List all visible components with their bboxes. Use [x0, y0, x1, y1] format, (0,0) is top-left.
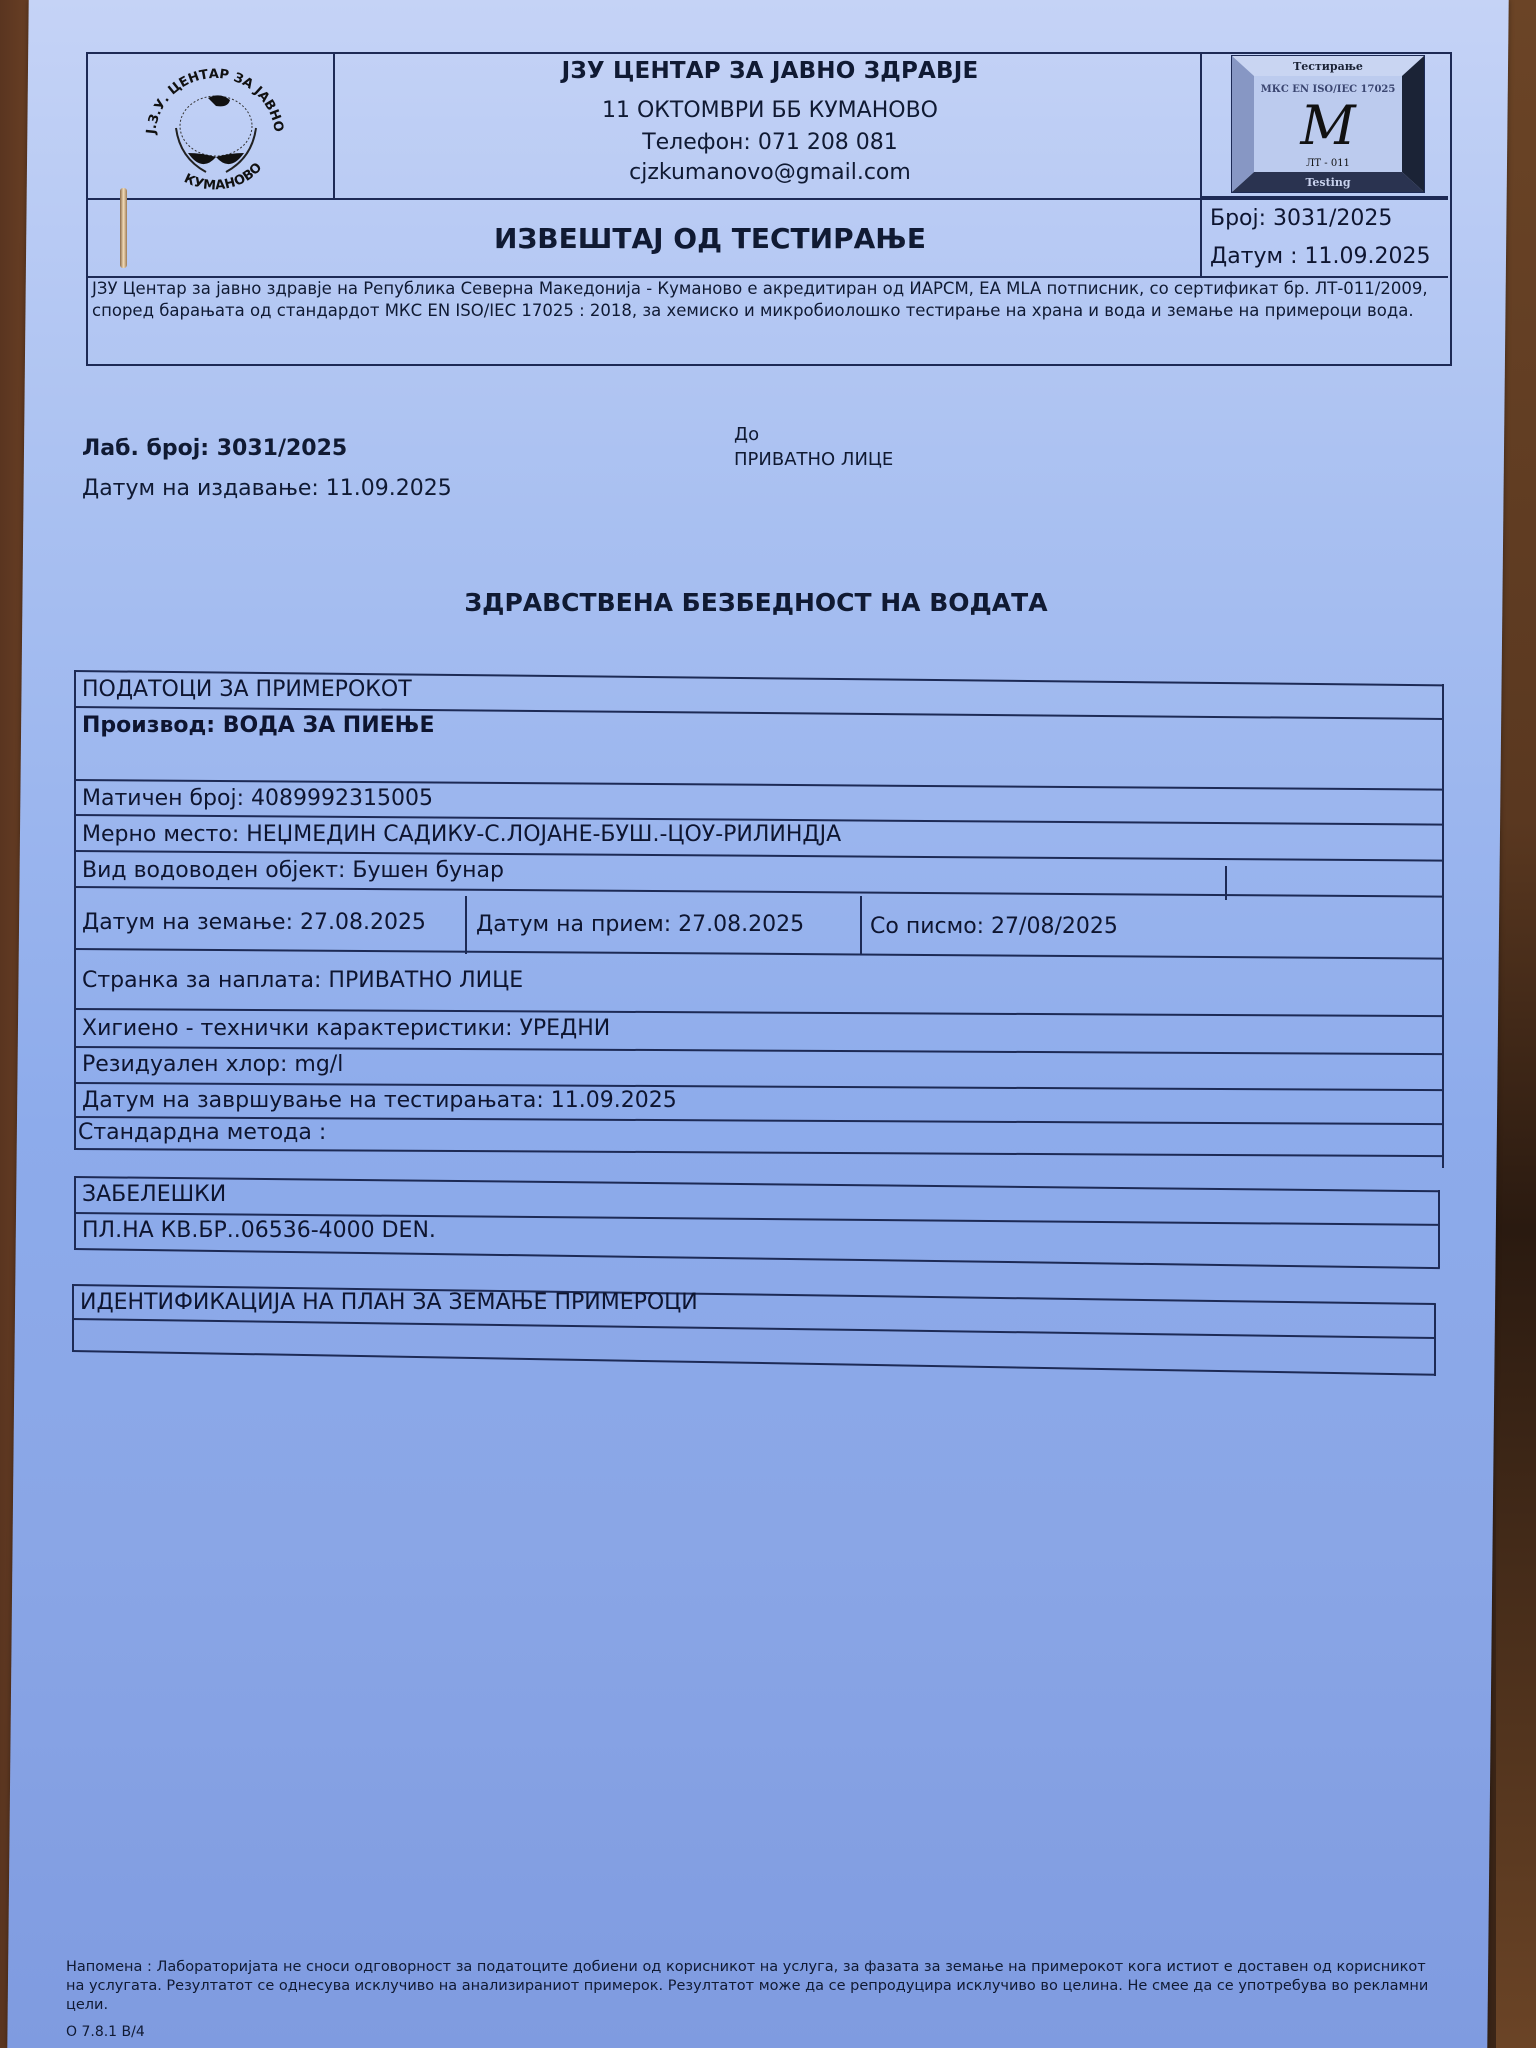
org-phone: Телефон: 071 208 081	[340, 130, 1200, 155]
svg-text:КУМАНОВО: КУМАНОВО	[182, 160, 266, 193]
svg-text:Ј.З.У. ЦЕНТАР ЗА ЈАВНО ЗДРАВЈЕ: Ј.З.У. ЦЕНТАР ЗА ЈАВНО ЗДРАВЈЕ	[130, 58, 286, 137]
standard-method: Стандардна метода :	[78, 1120, 326, 1145]
form-code: О 7.8.1 В/4	[66, 2024, 145, 2040]
water-object-type: Вид водоводен објект: Бушен бунар	[82, 858, 504, 883]
lab-number: Лаб. број: 3031/2025	[82, 436, 347, 461]
accreditation-statement: ЈЗУ Центар за јавно здравје на Република…	[92, 278, 1444, 322]
org-email: cjzkumanovo@gmail.com	[340, 160, 1200, 185]
report-title: ИЗВЕШТАЈ ОД ТЕСТИРАЊЕ	[330, 222, 1090, 255]
sampling-date: Датум на земање: 27.08.2025	[82, 910, 426, 935]
recipient-name: ПРИВАТНО ЛИЦЕ	[734, 449, 893, 470]
divider	[333, 52, 335, 200]
issue-date: Датум на издавање: 11.09.2025	[82, 476, 452, 501]
product: Производ: ВОДА ЗА ПИЕЊЕ	[82, 713, 435, 738]
hygiene-technical: Хигиено - технички карактеристики: УРЕДН…	[82, 1016, 610, 1041]
footer-disclaimer: Напомена : Лабораторијата не сноси одгов…	[66, 1958, 1436, 2015]
report-date: Датум : 11.09.2025	[1210, 244, 1430, 269]
testing-end-date: Датум на завршување на тестирањата: 11.0…	[82, 1088, 677, 1113]
notes-text: ПЛ.НА КВ.БР..06536-4000 DEN.	[82, 1218, 436, 1243]
divider	[1200, 196, 1448, 198]
sample-title: ПОДАТОЦИ ЗА ПРИМЕРОКОТ	[82, 677, 412, 702]
svg-text:M: M	[1299, 94, 1357, 157]
divider	[86, 198, 1448, 200]
section-heading: ЗДРАВСТВЕНА БЕЗБЕДНОСТ НА ВОДАТА	[300, 588, 1212, 617]
recipient-label: До	[734, 424, 759, 445]
institution-seal-icon: Ј.З.У. ЦЕНТАР ЗА ЈАВНО ЗДРАВЈЕ КУМАНОВО	[130, 58, 300, 198]
billing-party: Странка за наплата: ПРИВАТНО ЛИЦЕ	[82, 968, 523, 993]
residual-chlorine: Резидуален хлор: mg/l	[82, 1052, 343, 1077]
notes-title: ЗАБЕЛЕШКИ	[82, 1182, 226, 1207]
report-number: Број: 3031/2025	[1210, 206, 1392, 231]
org-address: 11 ОКТОМВРИ ББ КУМАНОВО	[340, 98, 1200, 123]
svg-text:ЛТ - 011: ЛТ - 011	[1306, 158, 1350, 169]
org-name: ЈЗУ ЦЕНТАР ЗА ЈАВНО ЗДРАВЈЕ	[340, 58, 1200, 84]
svg-text:Testing: Testing	[1305, 176, 1350, 189]
svg-text:Тестирање: Тестирање	[1293, 60, 1363, 73]
by-letter-date: Со писмо: 27/08/2025	[870, 914, 1118, 939]
accreditation-mark-icon: Тестирање МКС EN ISO/IEC 17025 M ЛТ - 01…	[1230, 54, 1426, 194]
registration-number: Матичен број: 4089992315005	[82, 786, 433, 811]
measuring-point: Мерно место: НЕЏМЕДИН САДИКУ-С.ЛОЈАНЕ-БУ…	[82, 822, 841, 847]
divider	[1200, 52, 1202, 278]
sampling-plan-title: ИДЕНТИФИКАЦИЈА НА ПЛАН ЗА ЗЕМАЊЕ ПРИМЕРО…	[80, 1290, 698, 1315]
pin-icon	[120, 188, 127, 268]
receipt-date: Датум на прием: 27.08.2025	[476, 912, 804, 937]
